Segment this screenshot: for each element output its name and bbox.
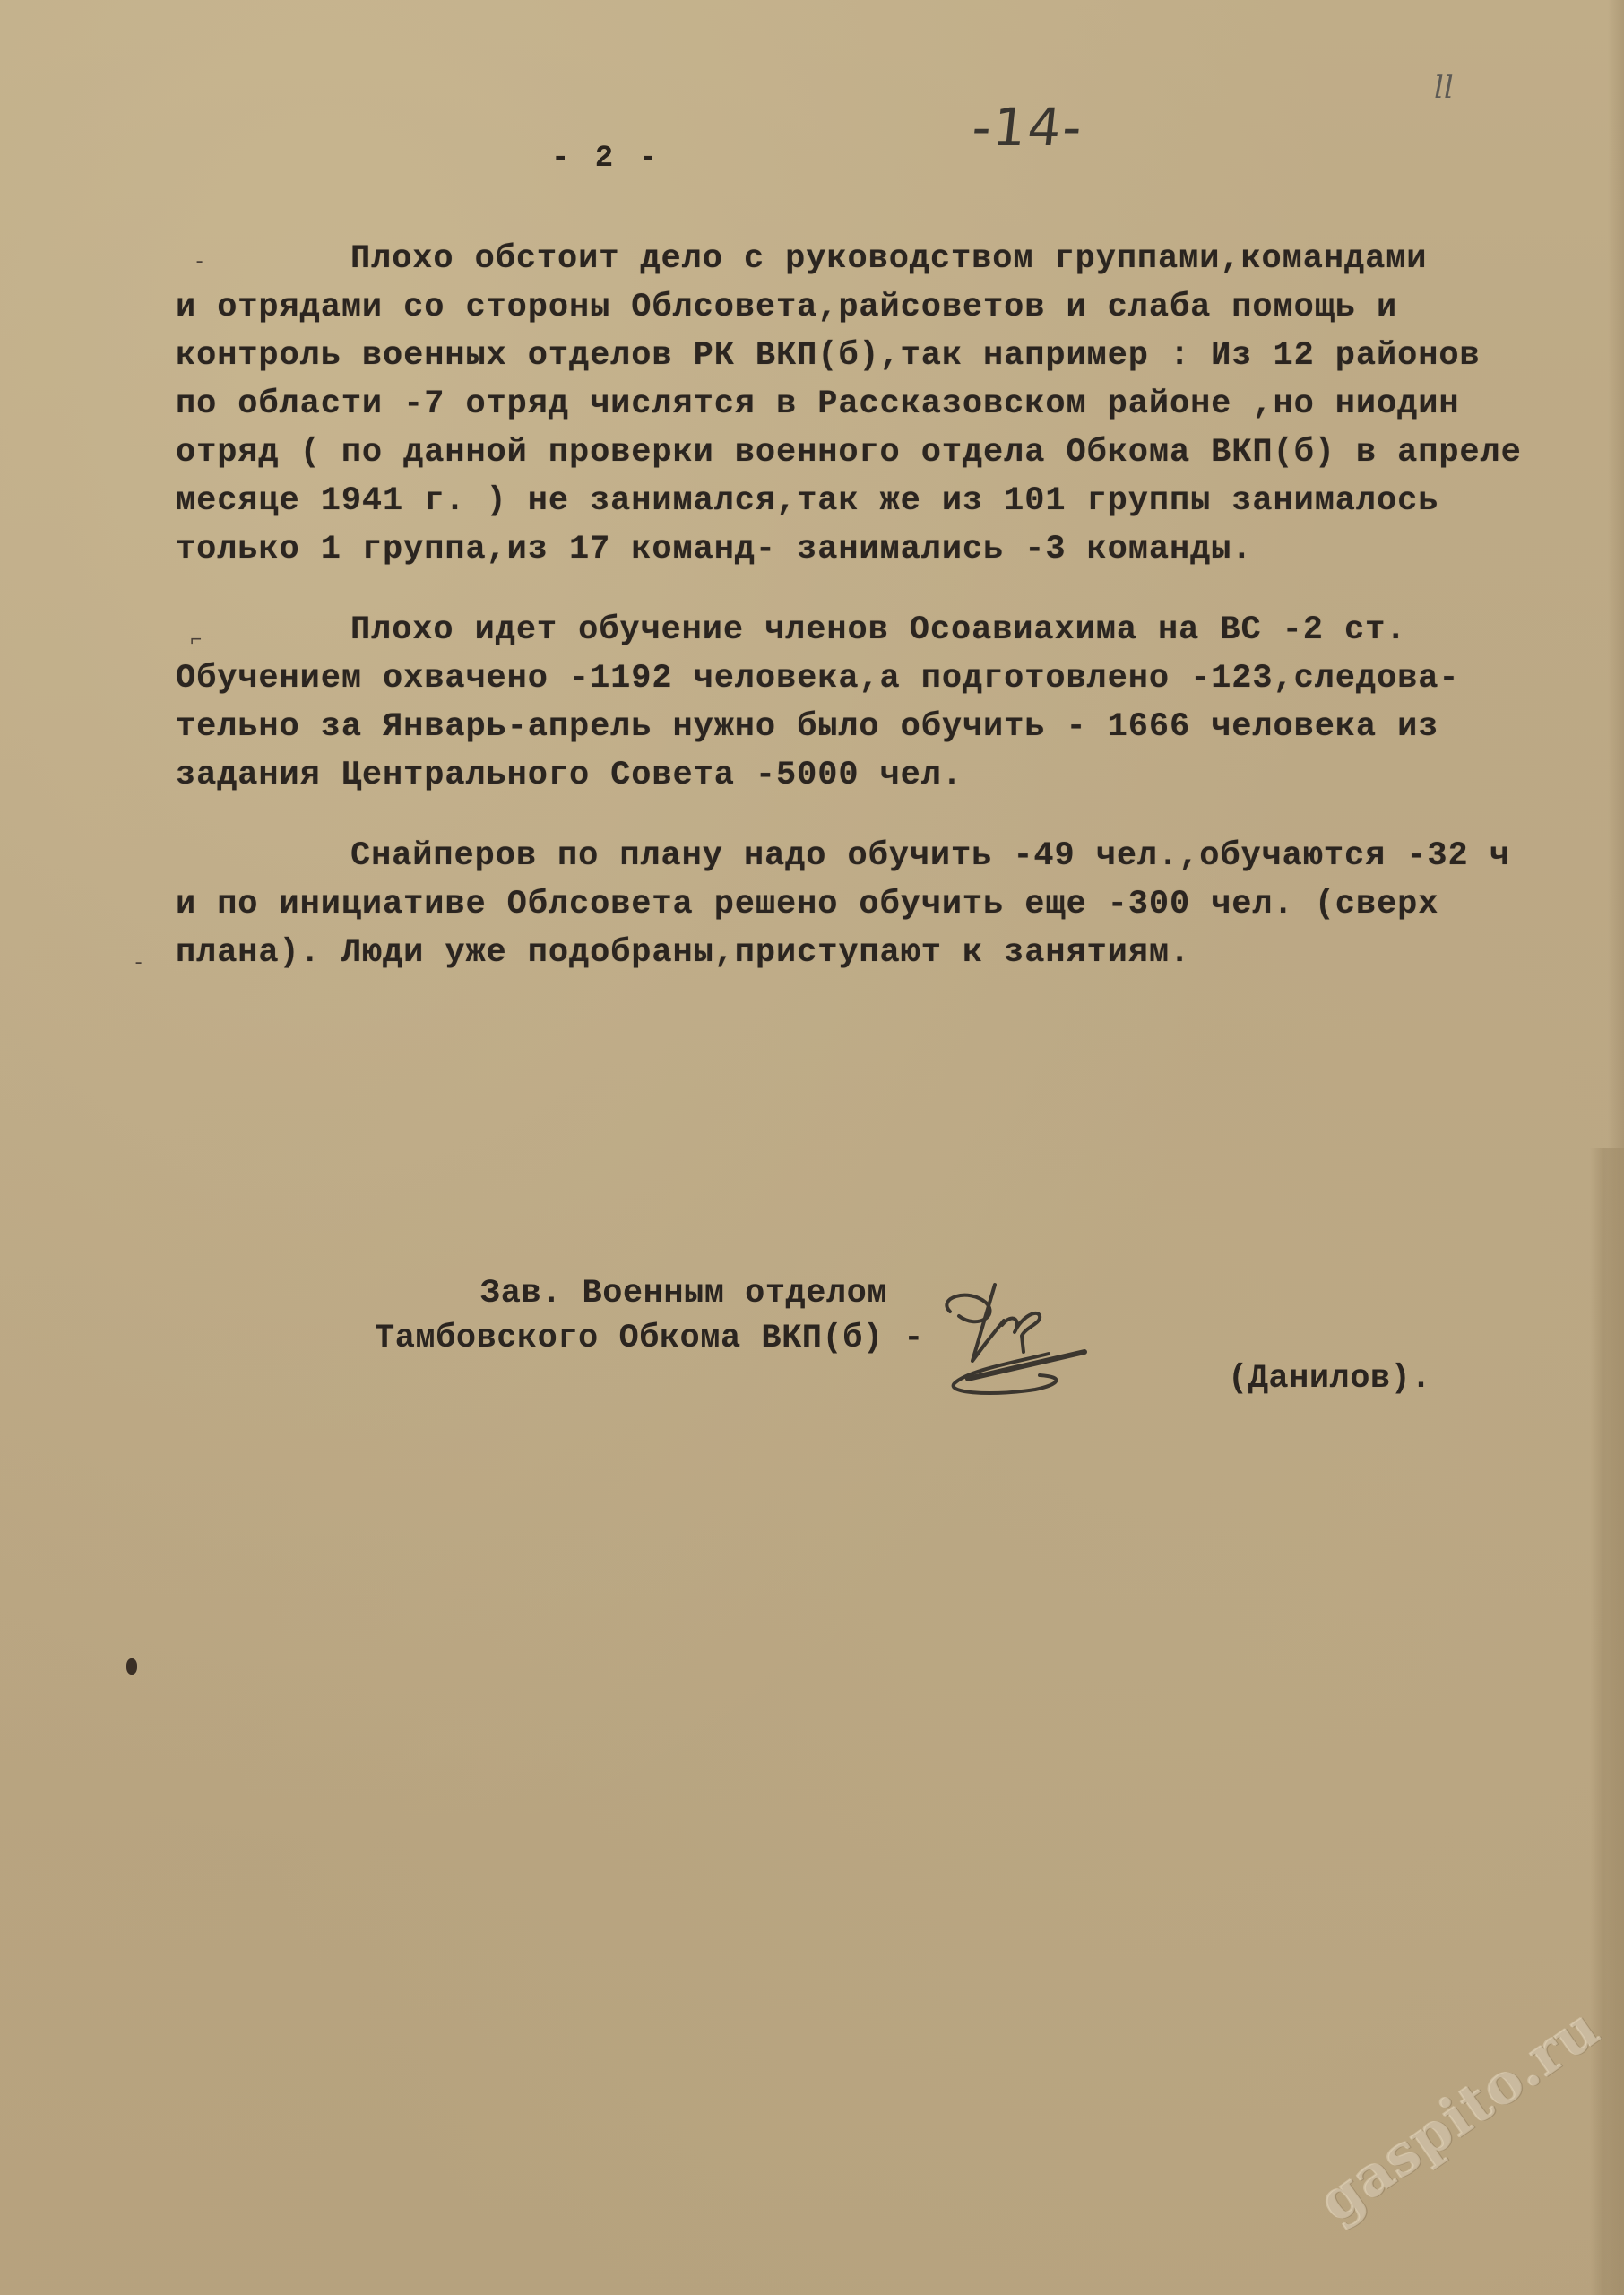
signer-title-line-1: Зав. Военным отделом bbox=[375, 1271, 924, 1316]
handwritten-folio-number: -14- bbox=[969, 97, 1086, 158]
paragraph-training: Плохо идет обучение членов Осоавиахима н… bbox=[176, 606, 1610, 800]
ink-blot bbox=[126, 1658, 137, 1675]
text-line: плана). Люди уже подобраны,приступают к … bbox=[176, 929, 1610, 977]
archive-pencil-mark: ll bbox=[1434, 70, 1454, 106]
text-line: только 1 группа,из 17 команд- занимались… bbox=[176, 525, 1610, 574]
paragraph-snipers: Снайперов по плану надо обучить -49 чел.… bbox=[176, 832, 1610, 977]
text-line: Снайперов по плану надо обучить -49 чел.… bbox=[176, 832, 1610, 880]
text-line: месяце 1941 г. ) не занимался,так же из … bbox=[176, 477, 1610, 525]
page-number: - 2 - bbox=[551, 142, 661, 176]
text-line: задания Центрального Совета -5000 чел. bbox=[176, 751, 1610, 800]
handwritten-signature-icon bbox=[932, 1280, 1156, 1406]
paragraph-leadership: Плохо обстоит дело с руководством группа… bbox=[176, 235, 1610, 574]
text-line: и по инициативе Облсовета решено обучить… bbox=[176, 880, 1610, 929]
signature-block: Зав. Военным отделом Тамбовского Обкома … bbox=[375, 1271, 924, 1361]
signer-title-line-2: Тамбовского Обкома ВКП(б) - bbox=[375, 1316, 924, 1361]
text-line: Плохо обстоит дело с руководством группа… bbox=[176, 235, 1610, 283]
paper-fold bbox=[1590, 1147, 1624, 2295]
margin-tick-mark: - bbox=[194, 251, 205, 273]
text-line: тельно за Январь-апрель нужно было обучи… bbox=[176, 703, 1610, 751]
margin-tick-mark: - bbox=[133, 952, 144, 974]
document-body: Плохо обстоит дело с руководством группа… bbox=[176, 235, 1610, 1009]
text-line: Обучением охвачено -1192 человека,а подг… bbox=[176, 654, 1610, 703]
text-line: по области -7 отряд числятся в Рассказов… bbox=[176, 380, 1610, 429]
text-line: контроль военных отделов РК ВКП(б),так н… bbox=[176, 332, 1610, 380]
text-line: Плохо идет обучение членов Осоавиахима н… bbox=[176, 606, 1610, 654]
signer-name: (Данилов). bbox=[1228, 1360, 1431, 1398]
text-line: отряд ( по данной проверки военного отде… bbox=[176, 429, 1610, 477]
margin-tick-mark: ⌐ bbox=[190, 629, 202, 652]
text-line: и отрядами со стороны Облсовета,райсовет… bbox=[176, 283, 1610, 332]
